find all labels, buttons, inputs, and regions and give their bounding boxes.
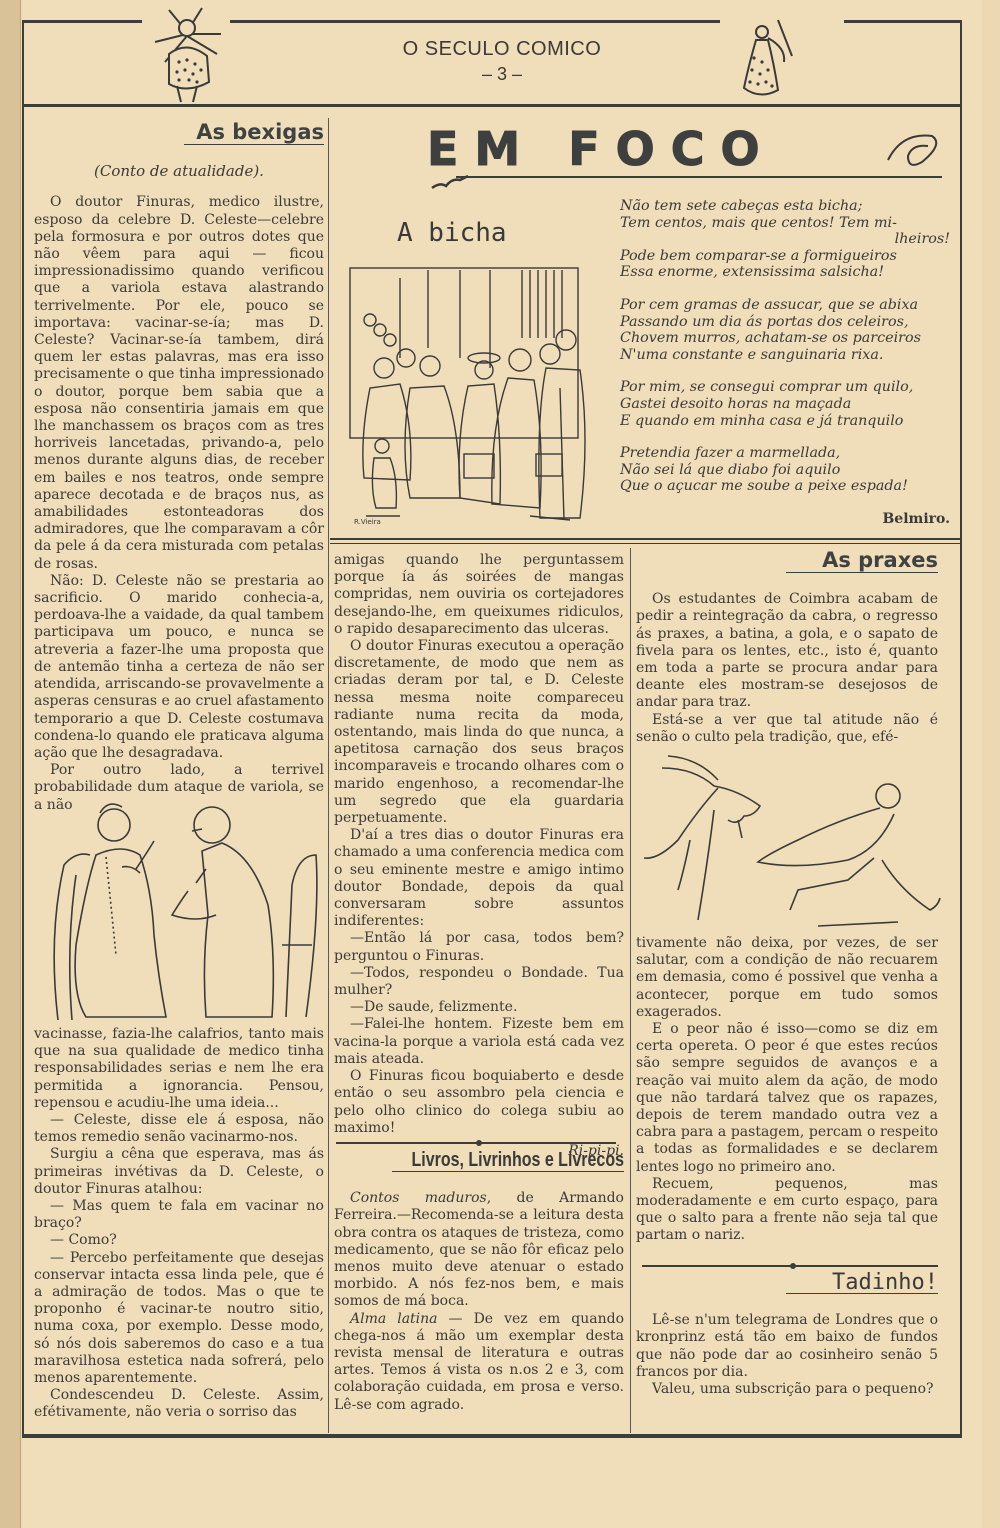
paragraph: tivamente não deixa, por vezes, de ser s… [636,935,938,1021]
article-praxes-title: As praxes [786,552,938,573]
frame-right [960,22,962,1436]
column-rule-2 [630,548,631,1433]
paragraph: O Finuras ficou boquiaberto e desde entã… [334,1068,624,1137]
book-title: Contos maduros [350,1190,487,1206]
paragraph: Valeu, uma subscrição para o pequeno? [636,1381,938,1398]
book-review: Alma latina — De vez em quando chega-nos… [334,1311,624,1414]
article-praxes-cont: tivamente não deixa, por vezes, de ser s… [636,935,938,1245]
frame-left [22,22,24,1436]
poem-line: Gastei desoito horas na maçada [620,396,950,413]
poem-signature: Belmiro. [620,511,950,528]
doctor-patient-illustration [36,795,326,1020]
newspaper-title: O SECULO COMICO [22,38,982,61]
ornamental-divider [642,1265,938,1267]
ornamental-divider [336,1142,616,1144]
poem-stanza-3: Por mim, se consegui comprar um quilo, G… [620,379,950,429]
header-divider [22,104,962,107]
book-review: Contos maduros, de Armando Ferreira.—Rec… [334,1190,624,1310]
woman-with-stick-figure-icon [730,18,810,102]
section-livros-title: Livros, Livrinhos e Livrecos [392,1152,624,1172]
page-number: – 3 – [22,64,982,85]
queue-crowd-illustration: R.Vieira [340,258,608,528]
paragraph: E o peor não é isso—como se diz em certa… [636,1021,938,1176]
poem-line: Que o açucar me soube a peixe espada! [620,478,950,495]
article-bexigas: As bexigas (Conto de atualidade). O dout… [34,124,324,814]
section-livros: Livros, Livrinhos e Livrecos Contos madu… [334,1152,624,1414]
poem-line: Não tem sete cabeças esta bicha; [620,198,950,215]
poem-title: A bicha [397,218,507,248]
poem-stanza-1: Não tem sete cabeças esta bicha; Tem cen… [620,198,950,281]
header-rule-center [230,20,720,23]
poem-line: Passando um dia ás portas dos celeiros, [620,314,950,331]
poem-line: Por mim, se consegui comprar um quilo, [620,379,950,396]
em-foco-underline [456,176,942,178]
column-rule-1 [328,118,329,1433]
poem-line: E quando em minha casa e já tranquilo [620,413,950,430]
article-bexigas-cont: vacinasse, fazia-lhe calafrios, tanto ma… [34,1026,324,1422]
paragraph: D'aí a tres dias o doutor Finuras era ch… [334,827,624,930]
paragraph: —Então lá por casa, todos bem? perguntou… [334,930,624,964]
illustrator-signature: R.Vieira [354,518,381,526]
squiggle-ornament-icon [430,170,470,192]
page-gutter [0,0,21,1528]
em-foco-bottom-rule [330,538,960,540]
paragraph: Não: D. Celeste não se prestaria ao sacr… [34,573,324,762]
article-tadinho-title: Tadinho! [786,1274,938,1294]
paragraph: Lê-se n'um telegrama de Londres que o kr… [636,1312,938,1381]
poem-line: N'uma constante e sanguinaria rixa. [620,347,950,364]
paragraph: — Celeste, disse ele á esposa, não temos… [34,1112,324,1146]
poem-line: Pode bem comparar-se a formigueiros [620,248,950,265]
poem-line: Pretendia fazer a marmellada, [620,445,950,462]
paragraph: Está-se a ver que tal atitude não é senã… [636,712,938,746]
book-review-text: , de Armando Ferreira.—Recomenda-se a le… [334,1190,624,1309]
article-bexigas-title: As bexigas [184,124,324,145]
paragraph: O doutor Finuras, medico ilustre, esposo… [34,194,324,572]
frame-bottom [22,1434,962,1438]
swirl-ornament-icon [882,128,944,172]
em-foco-bottom-rule-thin [330,543,960,544]
header-rule-left [22,20,142,23]
em-foco-banner: EM FOCO [427,122,776,176]
poem-line: lheiros! [620,231,950,248]
paragraph: —Todos, respondeu o Bondade. Tua mulher? [334,965,624,999]
paragraph: — Como? [34,1232,324,1249]
poem-line: Não sei lá que diabo foi aquilo [620,462,950,479]
paragraph: — Mas quem te fala em vacinar no braço? [34,1198,324,1232]
paragraph: —De saude, felizmente. [334,999,624,1016]
paragraph: Recuem, pequenos, mas moderadamente e em… [636,1176,938,1245]
paragraph: Surgiu a cêna que esperava, mas ás prime… [34,1146,324,1198]
paragraph: amigas quando lhe perguntassem porque ía… [334,552,624,638]
paragraph: —Falei-lhe hontem. Fizeste bem em vacina… [334,1016,624,1068]
article-bexigas-continuation: amigas quando lhe perguntassem porque ía… [334,552,624,1160]
paragraph: O doutor Finuras executou a operação dis… [334,638,624,827]
poem-line: Chovem murros, achatam-se os parceiros [620,330,950,347]
poem-stanza-4: Pretendia fazer a marmellada, Não sei lá… [620,445,950,495]
header-rule-right [844,20,962,23]
goat-chasing-student-illustration [638,750,948,930]
poem-line: Essa enorme, extensissima salsicha! [620,264,950,281]
poem-line: Por cem gramas de assucar, que se abixa [620,297,950,314]
poem-stanza-2: Por cem gramas de assucar, que se abixa … [620,297,950,363]
book-title: Alma latina [350,1311,438,1327]
paragraph: — Percebo perfeitamente que desejas cons… [34,1250,324,1388]
paragraph: Condescendeu D. Celeste. Assim, efétivam… [34,1387,324,1421]
article-praxes: As praxes Os estudantes de Coimbra acaba… [636,552,938,746]
article-tadinho: Tadinho! Lê-se n'um telegrama de Londres… [636,1274,938,1398]
paragraph: Os estudantes de Coimbra acabam de pedir… [636,591,938,711]
newspaper-page: O SECULO COMICO – 3 – As bexigas (Conto … [22,0,982,1528]
paragraph: vacinasse, fazia-lhe calafrios, tanto ma… [34,1026,324,1112]
poem-line: Tem centos, mais que centos! Tem mi- [620,215,950,232]
article-bexigas-subtitle: (Conto de atualidade). [34,163,324,180]
poem-a-bicha: Não tem sete cabeças esta bicha; Tem cen… [620,198,950,528]
